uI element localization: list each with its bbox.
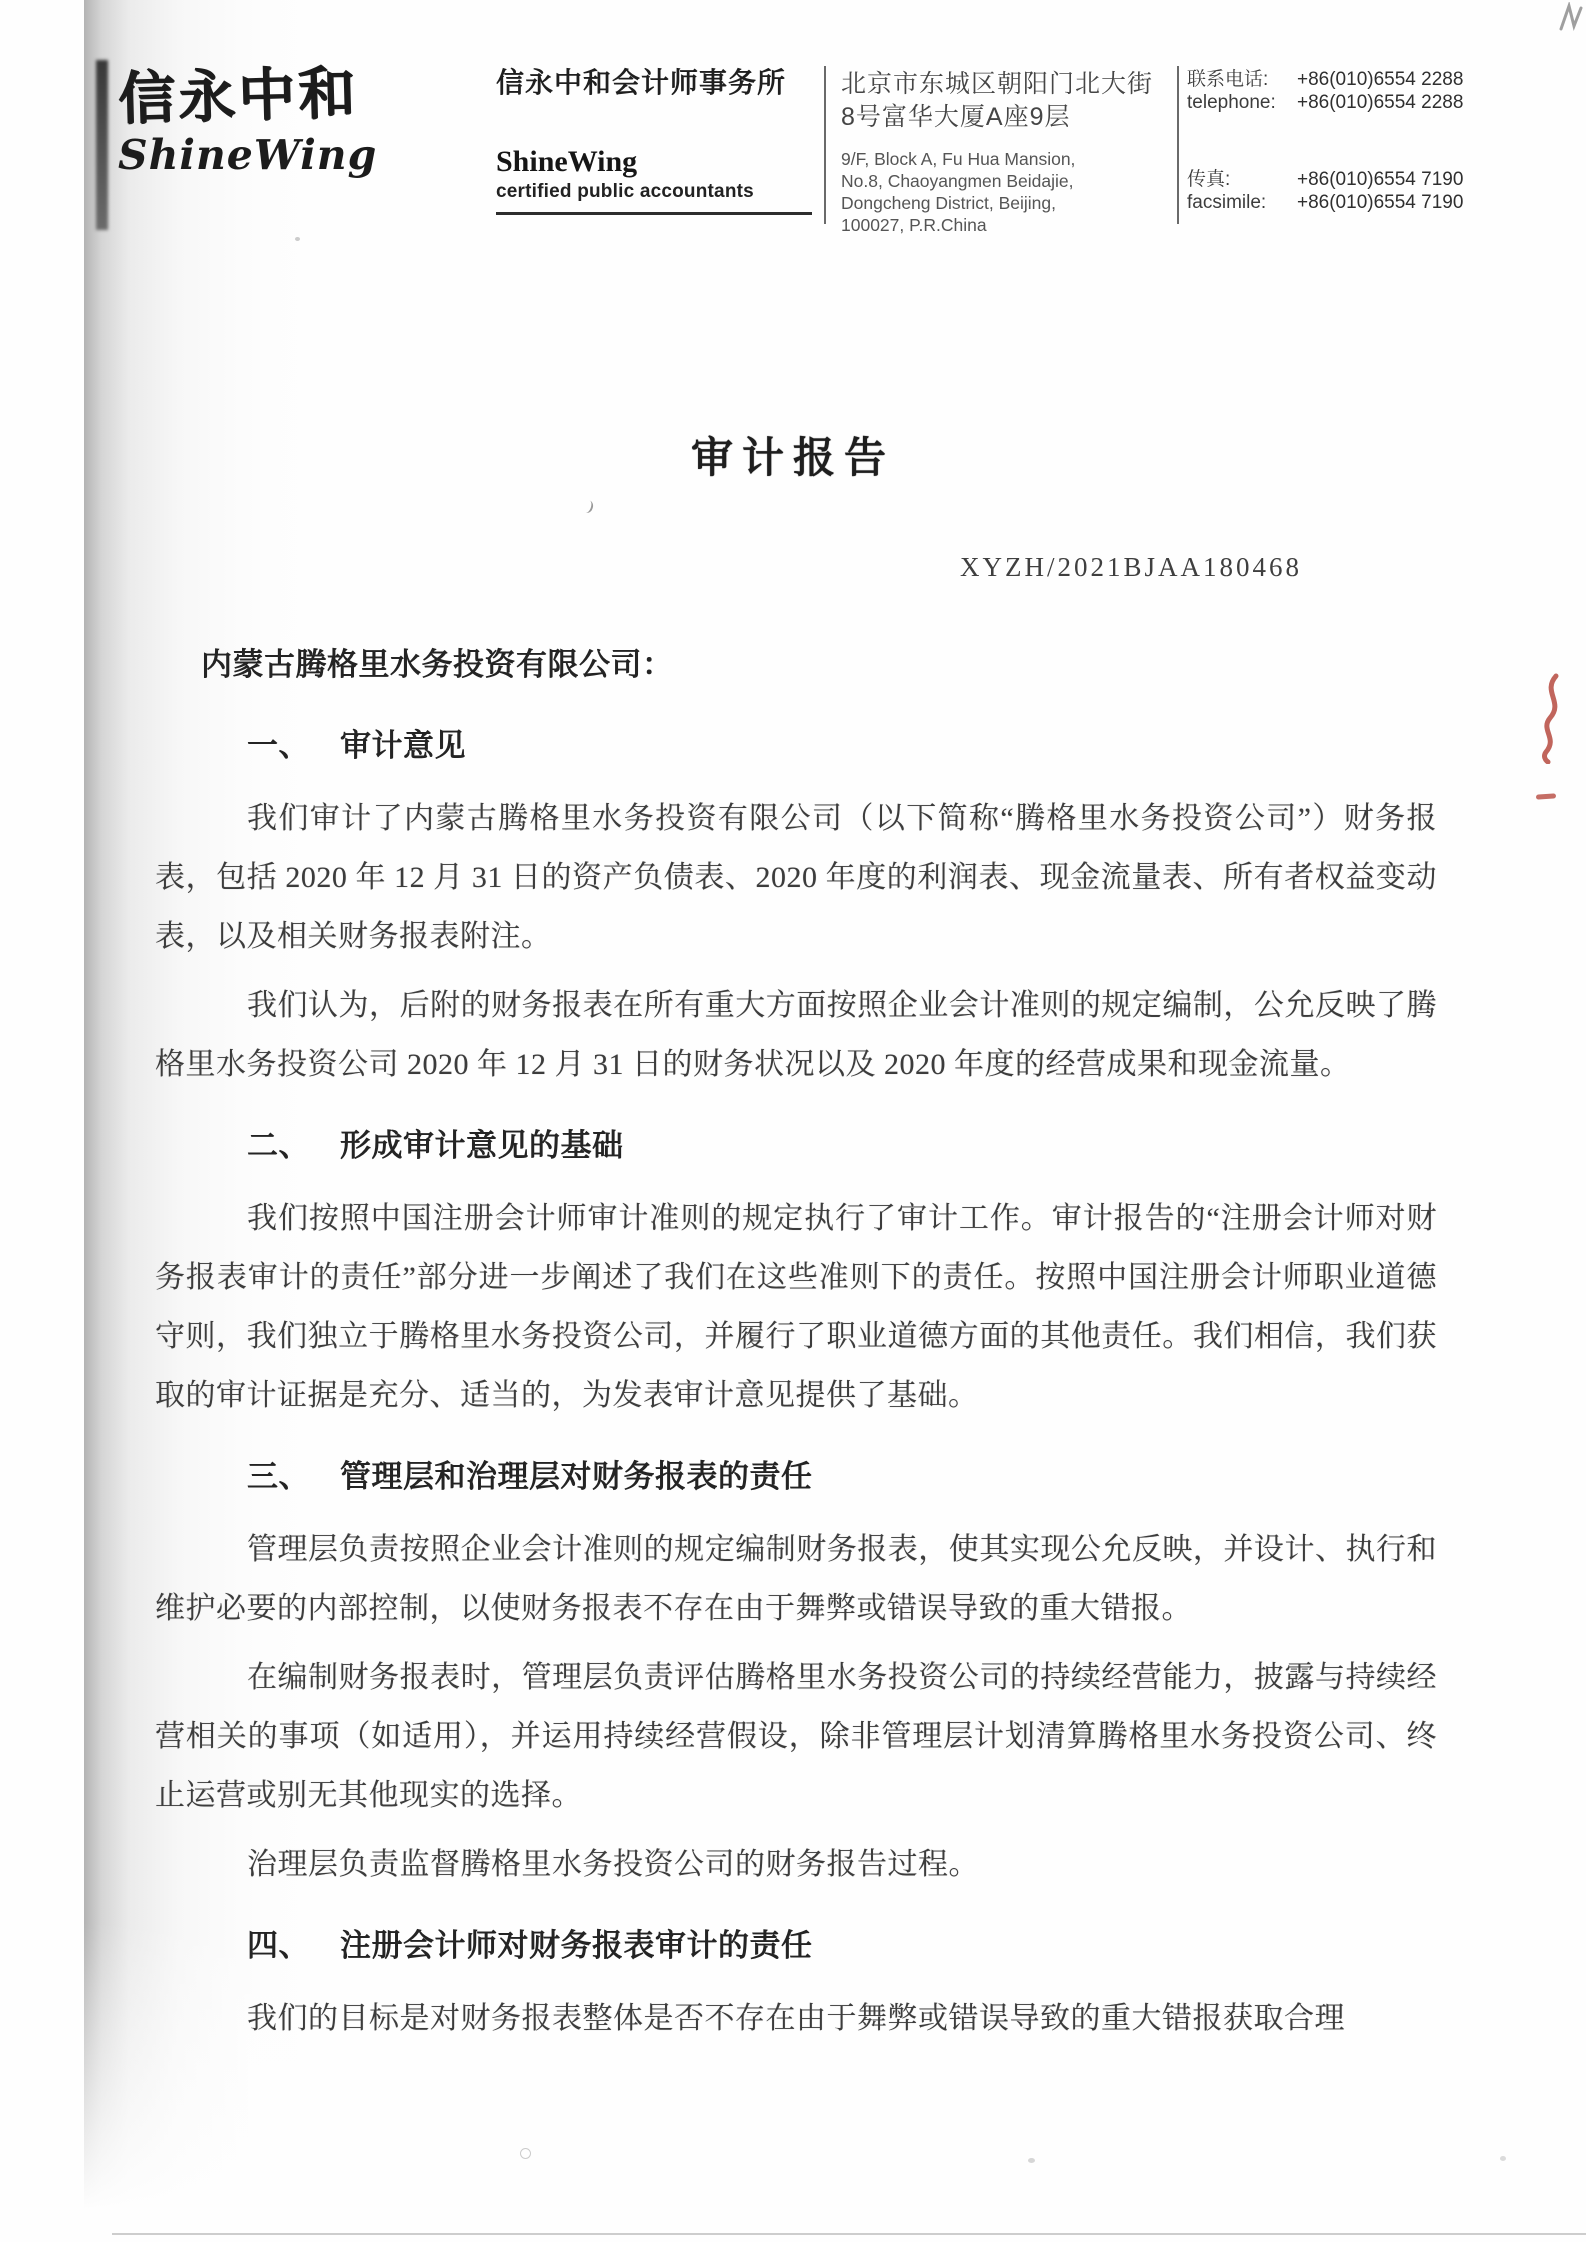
firm-logo: 信永中和 ShineWing	[118, 66, 370, 178]
firm-name-chinese: 信永中和会计师事务所	[496, 66, 812, 100]
paragraph: 管理层负责按照企业会计准则的规定编制财务报表，使其实现公允反映，并设计、执行和维…	[155, 1520, 1437, 1638]
scan-speck	[1500, 2156, 1506, 2161]
contact-values: +86(010)6554 2288 +86(010)6554 2288 +86(…	[1297, 68, 1487, 214]
scan-speck	[1028, 2158, 1035, 2163]
section-heading-4: 四、注册会计师对财务报表审计的责任	[155, 1916, 1437, 1975]
paragraph: 在编制财务报表时，管理层负责评估腾格里水务投资公司的持续经营能力，披露与持续经营…	[155, 1648, 1437, 1825]
address-english-line: No.8, Chaoyangmen Beidajie,	[841, 170, 1163, 192]
scan-corner-mark	[1558, 2, 1584, 37]
reference-number: XYZH/2021BJAA180468	[960, 552, 1302, 583]
section-heading-1: 一、审计意见	[155, 716, 1437, 775]
firm-name-english: ShineWing	[496, 146, 812, 178]
fax-label-cn: 传真:	[1187, 168, 1297, 191]
address-chinese-line1: 北京市东城区朝阳门北大街	[841, 68, 1163, 101]
fax-label-en: facsimile:	[1187, 191, 1297, 214]
fax-number: +86(010)6554 7190	[1297, 191, 1487, 214]
address-chinese-line2: 8号富华大厦A座9层	[841, 101, 1163, 134]
paragraph: 我们认为，后附的财务报表在所有重大方面按照企业会计准则的规定编制，公允反映了腾格…	[155, 976, 1437, 1094]
fax-number: +86(010)6554 7190	[1297, 168, 1487, 191]
section-number: 一、	[247, 728, 310, 763]
firm-subtitle: certified public accountants	[496, 180, 812, 204]
address-english: 9/F, Block A, Fu Hua Mansion, No.8, Chao…	[841, 148, 1163, 236]
paragraph: 我们的目标是对财务报表整体是否不存在由于舞弊或错误导致的重大错报获取合理	[155, 1989, 1437, 2048]
section-title: 审计意见	[340, 728, 466, 763]
section-title: 注册会计师对财务报表审计的责任	[340, 1928, 813, 1963]
firm-name-block: 信永中和会计师事务所 ShineWing certified public ac…	[496, 66, 812, 215]
logo-script-text: ShineWing	[118, 132, 370, 178]
address-english-line: 100027, P.R.China	[841, 214, 1163, 236]
document-body: 内蒙古腾格里水务投资有限公司： 一、审计意见我们审计了内蒙古腾格里水务投资有限公…	[155, 635, 1437, 2048]
phone-label-cn: 联系电话:	[1187, 68, 1297, 91]
address-english-line: 9/F, Block A, Fu Hua Mansion,	[841, 148, 1163, 170]
phone-number: +86(010)6554 2288	[1297, 68, 1487, 91]
contact-gap	[1297, 114, 1487, 168]
section-title: 管理层和治理层对财务报表的责任	[340, 1459, 813, 1494]
sections-container: 一、审计意见我们审计了内蒙古腾格里水务投资有限公司（以下简称“腾格里水务投资公司…	[155, 716, 1437, 2048]
section-number: 四、	[247, 1928, 310, 1963]
addressee: 内蒙古腾格里水务投资有限公司：	[155, 635, 1437, 694]
red-pen-dash	[1536, 793, 1556, 799]
contact-block: 联系电话: telephone: 传真: facsimile: +86(010)…	[1179, 66, 1487, 214]
section-number: 三、	[247, 1459, 310, 1494]
phone-label-en: telephone:	[1187, 91, 1297, 114]
contact-labels: 联系电话: telephone: 传真: facsimile:	[1187, 68, 1297, 214]
section-heading-3: 三、管理层和治理层对财务报表的责任	[155, 1447, 1437, 1506]
scan-speck	[520, 2148, 531, 2159]
scan-fold-bar	[96, 60, 108, 230]
phone-number: +86(010)6554 2288	[1297, 91, 1487, 114]
paragraph: 我们审计了内蒙古腾格里水务投资有限公司（以下简称“腾格里水务投资公司”）财务报表…	[155, 789, 1437, 966]
address-english-line: Dongcheng District, Beijing,	[841, 192, 1163, 214]
section-heading-2: 二、形成审计意见的基础	[155, 1116, 1437, 1175]
firm-address-block: 北京市东城区朝阳门北大街 8号富华大厦A座9层 9/F, Block A, Fu…	[826, 66, 1177, 236]
scan-bottom-line	[112, 2233, 1586, 2235]
red-pen-mark	[1532, 672, 1572, 769]
section-number: 二、	[247, 1128, 310, 1163]
scan-speck	[580, 499, 594, 515]
contact-gap	[1187, 114, 1297, 168]
paragraph: 治理层负责监督腾格里水务投资公司的财务报告过程。	[155, 1835, 1437, 1894]
logo-chinese-calligraphy: 信永中和	[117, 63, 371, 132]
scan-speck	[295, 237, 300, 241]
paragraph: 我们按照中国注册会计师审计准则的规定执行了审计工作。审计报告的“注册会计师对财务…	[155, 1189, 1437, 1425]
document-title: 审计报告	[0, 425, 1586, 485]
letterhead: 信永中和 ShineWing 信永中和会计师事务所 ShineWing cert…	[118, 66, 1487, 236]
section-title: 形成审计意见的基础	[340, 1128, 624, 1163]
